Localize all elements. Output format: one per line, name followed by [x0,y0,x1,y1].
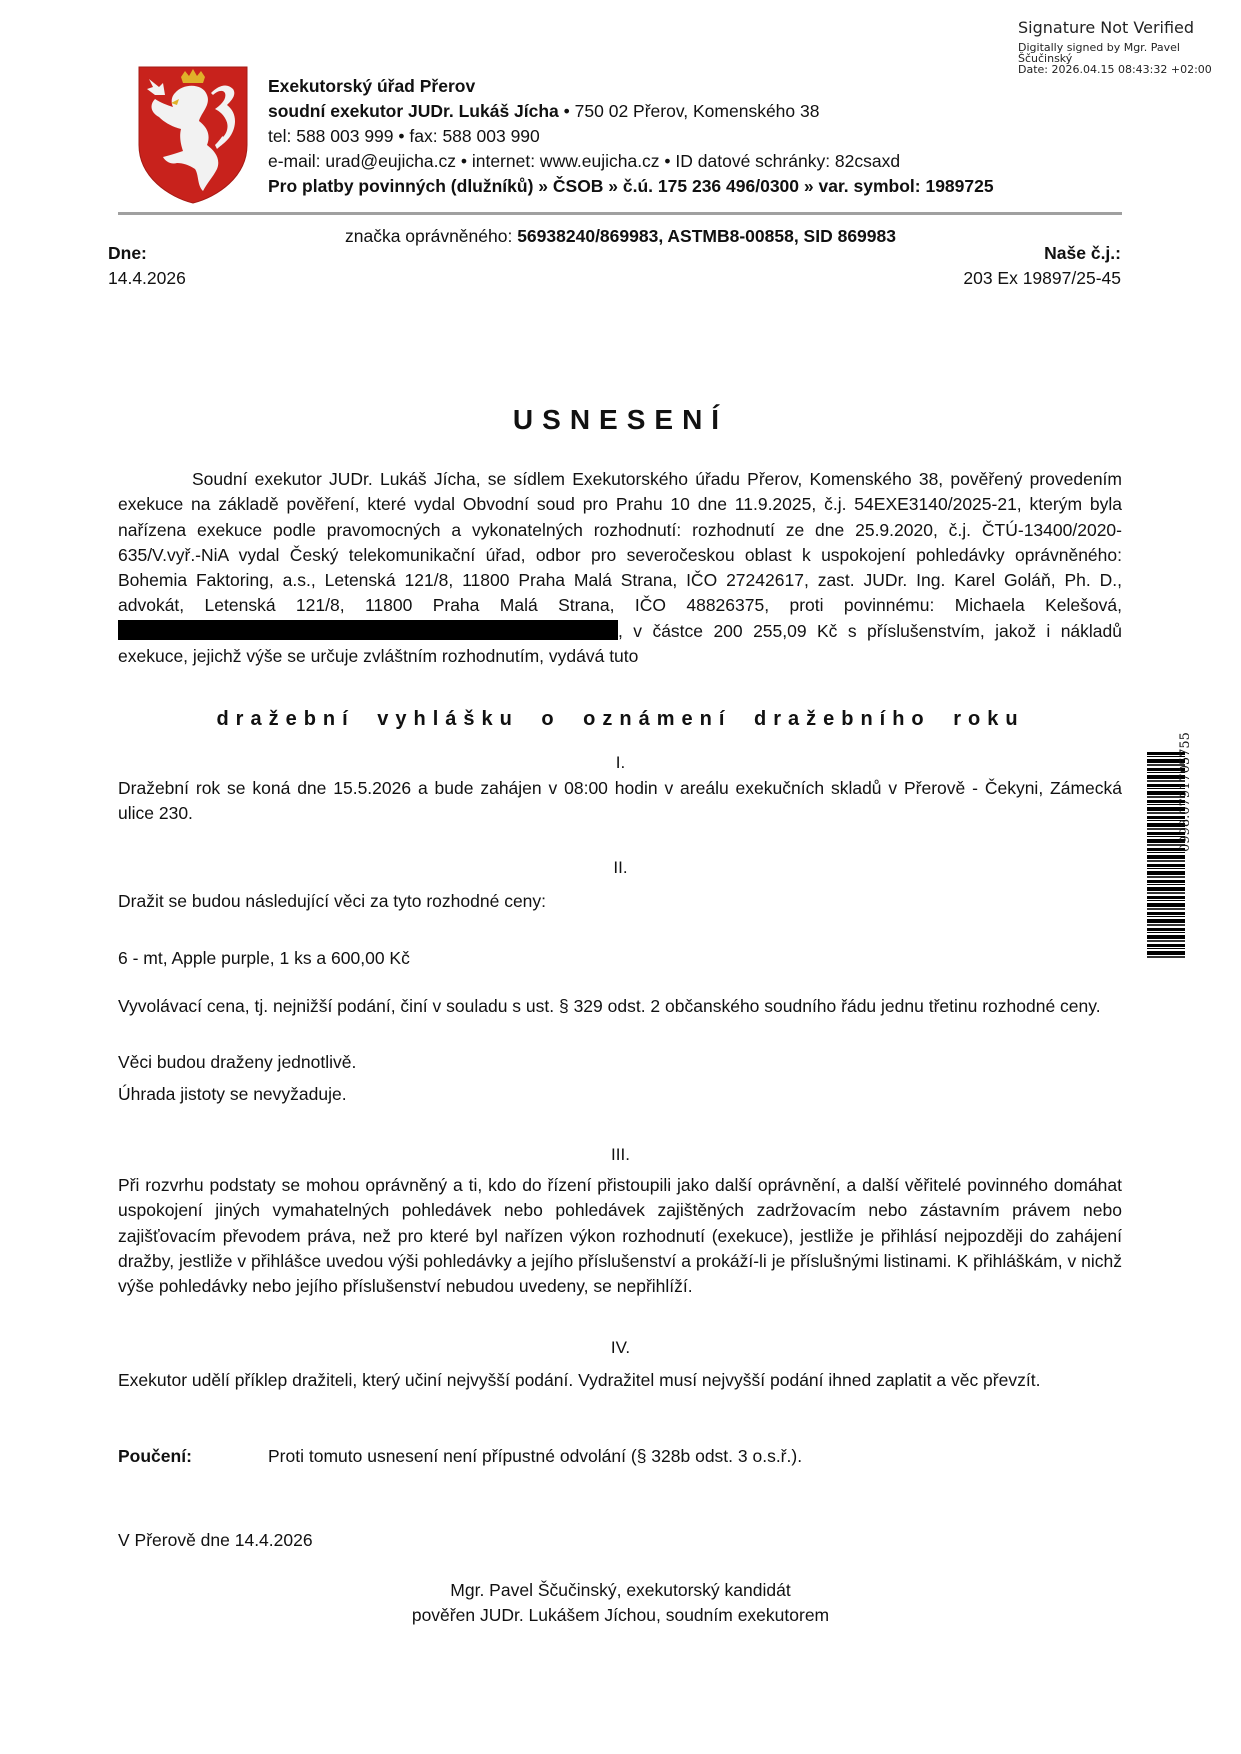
section-ii-numeral: II. [0,858,1241,878]
case-number-label: Naše č.j.: [1044,243,1121,264]
signature-date: Date: 2026.04.15 08:43:32 +02:00 [1018,64,1236,75]
contact-info: e-mail: urad@eujicha.cz • internet: www.… [268,149,994,174]
starting-price-text: Vyvolávací cena, tj. nejnižší podání, či… [118,994,1122,1019]
letterhead: Exekutorský úřad Přerov soudní exekutor … [268,74,994,199]
section-iv-text: Exekutor udělí příklep dražiteli, který … [118,1368,1122,1393]
date-value: 14.4.2026 [108,268,186,289]
creditor-reference-label: značka oprávněného: [345,226,517,246]
case-number-value: 203 Ex 19897/25-45 [963,268,1121,289]
signer-block: Mgr. Pavel Ščučinský, exekutorský kandid… [0,1578,1241,1628]
intro-text: Soudní exekutor JUDr. Lukáš Jícha, se sí… [118,469,1122,615]
date-label: Dne: [108,243,147,264]
instruction-label: Poučení: [118,1446,192,1467]
document-title: USNESENÍ [0,404,1241,436]
signer-line-2: pověřen JUDr. Lukášem Jíchou, soudním ex… [0,1603,1241,1628]
czech-coat-of-arms-icon [137,65,249,205]
office-address: • 750 02 Přerov, Komenského 38 [559,101,820,121]
section-iii-numeral: III. [0,1145,1241,1165]
section-i-numeral: I. [0,753,1241,773]
header-divider [118,212,1122,215]
section-ii-intro: Dražit se budou následující věci za tyto… [118,891,546,912]
instruction-text: Proti tomuto usnesení není přípustné odv… [268,1446,802,1467]
place-and-date: V Přerově dne 14.4.2026 [118,1530,313,1551]
deposit-text: Úhrada jistoty se nevyžaduje. [118,1084,347,1105]
executor-name: soudní exekutor JUDr. Lukáš Jícha [268,101,559,121]
auction-item: 6 - mt, Apple purple, 1 ks a 600,00 Kč [118,948,410,969]
creditor-reference-value: 56938240/869983, ASTMB8-00858, SID 86998… [517,226,896,246]
intro-paragraph: Soudní exekutor JUDr. Lukáš Jícha, se sí… [118,467,1122,669]
section-iv-numeral: IV. [0,1338,1241,1358]
signer-line-1: Mgr. Pavel Ščučinský, exekutorský kandid… [0,1578,1241,1603]
office-name: Exekutorský úřad Přerov [268,74,994,99]
barcode-number: 0998.0791705755 [1178,732,1193,852]
payment-info: Pro platby povinných (dlužníků) » ČSOB »… [268,174,994,199]
document-subtitle: dražební vyhlášku o oznámení dražebního … [0,708,1241,731]
phone-fax: tel: 588 003 999 • fax: 588 003 990 [268,124,994,149]
section-i-text: Dražební rok se koná dne 15.5.2026 a bud… [118,776,1122,827]
signature-status: Signature Not Verified [1018,18,1236,38]
redacted-block [118,620,618,640]
section-iii-text: Při rozvrhu podstaty se mohou oprávněný … [118,1173,1122,1299]
digital-signature-stamp: Signature Not Verified Digitally signed … [1018,18,1236,75]
individually-auctioned-text: Věci budou draženy jednotlivě. [118,1052,356,1073]
